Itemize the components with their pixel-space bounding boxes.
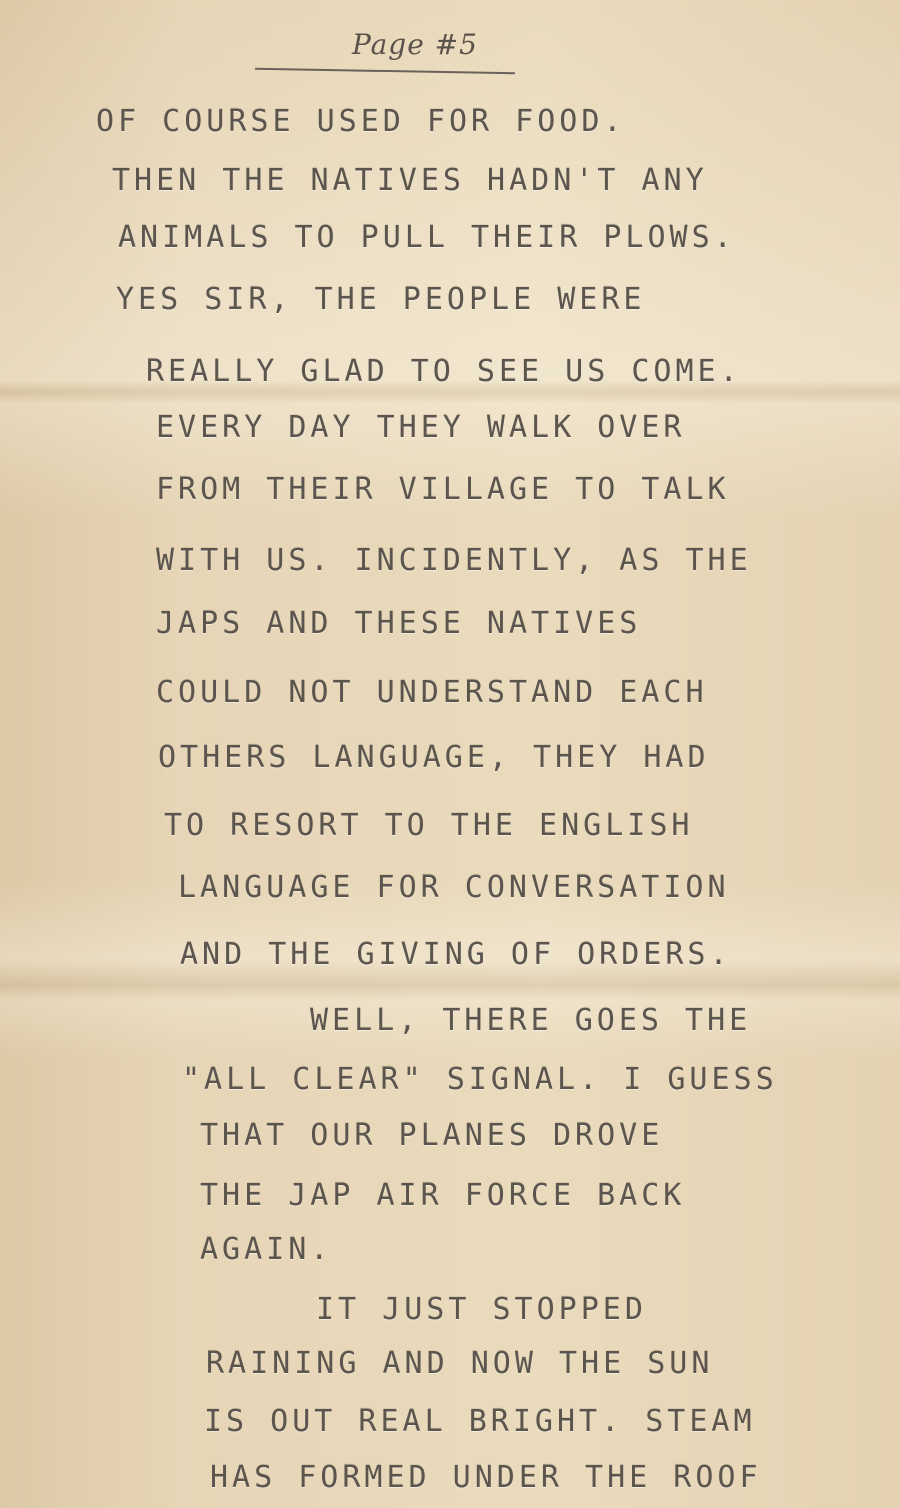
text-line: WITH US. INCIDENTLY, AS THE	[156, 543, 752, 578]
page-title: Page #5	[352, 28, 478, 61]
text-line: IS OUT REAL BRIGHT. STEAM	[204, 1404, 756, 1439]
text-line: RAINING AND NOW THE SUN	[206, 1346, 713, 1381]
text-line: AGAIN.	[200, 1232, 332, 1267]
text-line: THE JAP AIR FORCE BACK	[200, 1178, 685, 1213]
text-line: EVERY DAY THEY WALK OVER	[156, 410, 685, 445]
text-line: ANIMALS TO PULL THEIR PLOWS.	[118, 220, 736, 255]
text-line: COULD NOT UNDERSTAND EACH	[156, 675, 708, 710]
letter-page: Page #5 OF COURSE USED FOR FOOD. THEN TH…	[0, 0, 900, 1508]
text-line: HAS FORMED UNDER THE ROOF	[210, 1460, 762, 1495]
text-line: FROM THEIR VILLAGE TO TALK	[156, 472, 730, 507]
text-line: TO RESORT TO THE ENGLISH	[164, 808, 693, 843]
text-line: YES SIR, THE PEOPLE WERE	[116, 282, 645, 317]
text-line: WELL, THERE GOES THE	[310, 1003, 751, 1038]
text-line: "ALL CLEAR" SIGNAL. I GUESS	[182, 1062, 778, 1097]
text-line: JAPS AND THESE NATIVES	[156, 606, 641, 641]
text-line: OF COURSE USED FOR FOOD.	[96, 104, 625, 139]
text-line: REALLY GLAD TO SEE US COME.	[146, 354, 742, 389]
text-line: THAT OUR PLANES DROVE	[200, 1118, 663, 1153]
title-underline	[255, 68, 515, 75]
text-line: LANGUAGE FOR CONVERSATION	[178, 870, 730, 905]
text-line: OTHERS LANGUAGE, THEY HAD	[158, 740, 710, 775]
text-line: THEN THE NATIVES HADN'T ANY	[112, 163, 708, 198]
text-line: IT JUST STOPPED	[316, 1292, 647, 1327]
text-line: AND THE GIVING OF ORDERS.	[180, 937, 732, 972]
